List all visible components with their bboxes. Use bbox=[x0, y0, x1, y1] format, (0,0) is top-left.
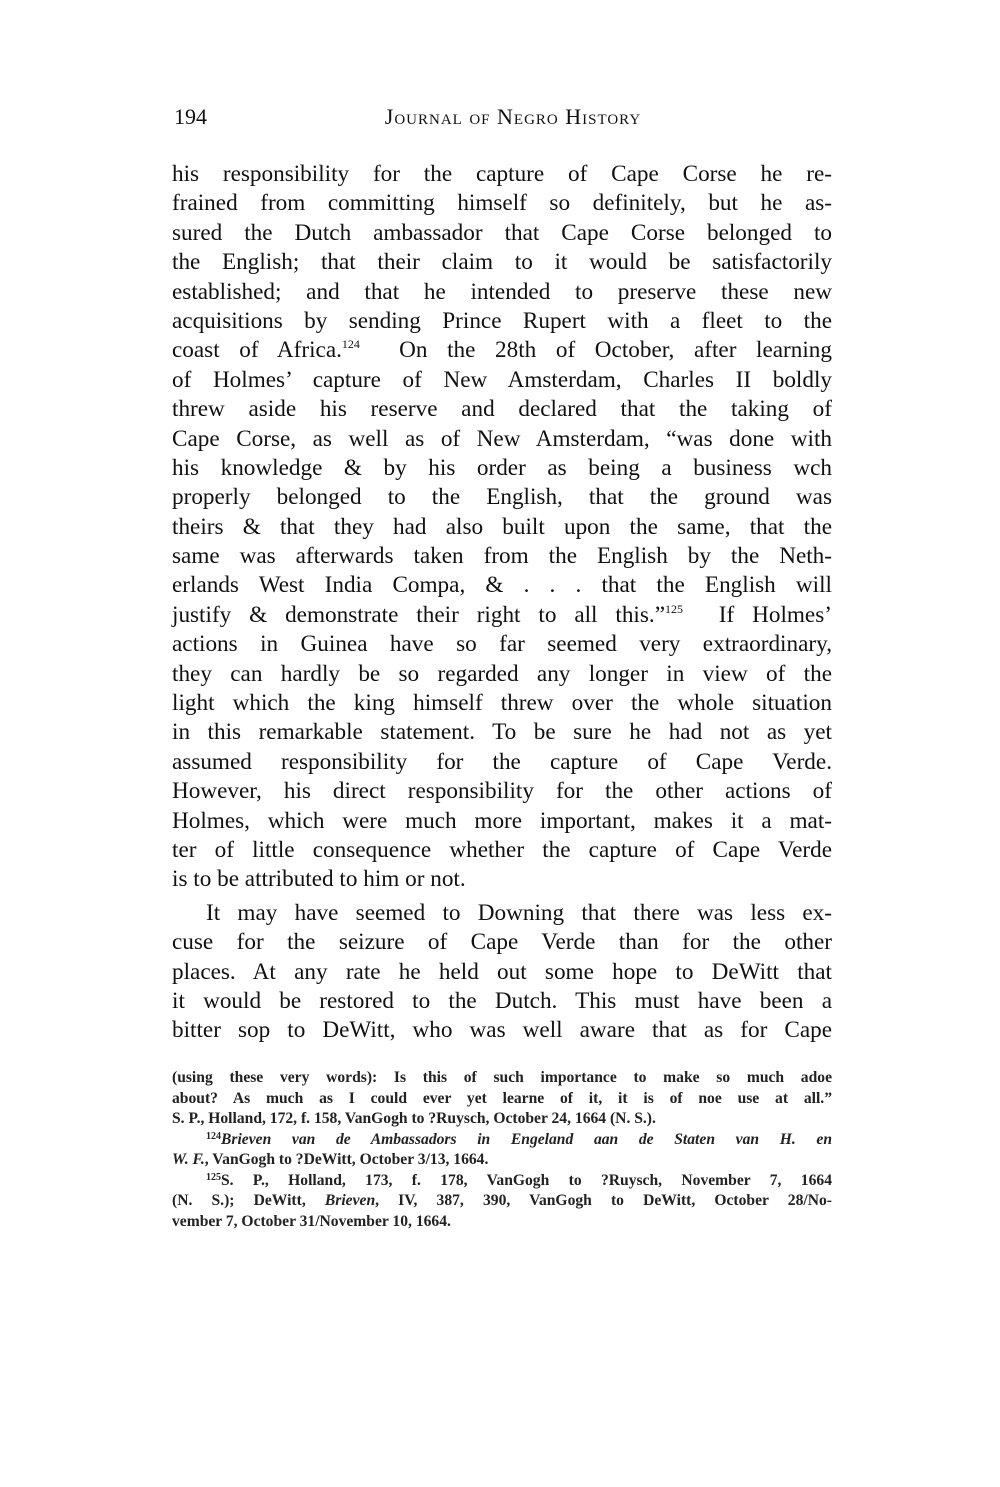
footnote-line: 125S. P., Holland, 173, f. 178, VanGogh … bbox=[172, 1171, 832, 1192]
footnote-number: 124 bbox=[206, 1131, 221, 1142]
footnote-line: 124Brieven van de Ambassadors in Engelan… bbox=[172, 1130, 832, 1151]
text-line: frained from committing himself so defin… bbox=[172, 189, 832, 218]
text-line: justify & demonstrate their right to all… bbox=[172, 601, 832, 630]
paragraph-2: It may have seemed to Downing that there… bbox=[172, 899, 832, 1046]
paragraph-1: his responsibility for the capture of Ca… bbox=[172, 160, 832, 895]
text-line: of Holmes’ capture of New Amsterdam, Cha… bbox=[172, 366, 832, 395]
footnote-125: 125S. P., Holland, 173, f. 178, VanGogh … bbox=[172, 1171, 832, 1233]
text-line: threw aside his reserve and declared tha… bbox=[172, 395, 832, 424]
text-line: coast of Africa.124 On the 28th of Octob… bbox=[172, 336, 832, 365]
footnote-text: , IV, 387, 390, VanGogh to DeWitt, Octob… bbox=[375, 1192, 832, 1209]
text-line: However, his direct responsibility for t… bbox=[172, 777, 832, 806]
source-title: Brieven van de Ambassadors in Engeland a… bbox=[221, 1131, 832, 1148]
footnote-line: about? As much as I could ever yet learn… bbox=[172, 1089, 832, 1110]
footnote-continued: (using these very words): Is this of suc… bbox=[172, 1068, 832, 1130]
text-line: they can hardly be so regarded any longe… bbox=[172, 660, 832, 689]
footnote-line: W. F., VanGogh to ?DeWitt, October 3/13,… bbox=[172, 1150, 832, 1171]
text-line: is to be attributed to him or not. bbox=[172, 865, 832, 894]
footnote-line: vember 7, October 31/November 10, 1664. bbox=[172, 1212, 832, 1233]
text-line: places. At any rate he held out some hop… bbox=[172, 958, 832, 987]
footnote-text: , VanGogh to ?DeWitt, October 3/13, 1664… bbox=[205, 1151, 489, 1168]
line-text: On the 28th of October, after learning bbox=[360, 337, 832, 363]
footnote-ref-125[interactable]: 125 bbox=[665, 602, 683, 616]
footnote-124: 124Brieven van de Ambassadors in Engelan… bbox=[172, 1130, 832, 1171]
source-title: W. F. bbox=[172, 1151, 205, 1168]
footnote-line: S. P., Holland, 172, f. 158, VanGogh to … bbox=[172, 1109, 832, 1130]
body-text: his responsibility for the capture of Ca… bbox=[172, 160, 832, 1046]
page-header: 194 Journal of Negro History bbox=[174, 104, 832, 134]
line-text: If Holmes’ bbox=[683, 602, 832, 628]
text-line: established; and that he intended to pre… bbox=[172, 278, 832, 307]
line-text: coast of Africa. bbox=[172, 337, 342, 363]
text-line: actions in Guinea have so far seemed ver… bbox=[172, 630, 832, 659]
text-line: his knowledge & by his order as being a … bbox=[172, 454, 832, 483]
footnote-number: 125 bbox=[206, 1172, 221, 1183]
text-line: same was afterwards taken from the Engli… bbox=[172, 542, 832, 571]
footnote-ref-124[interactable]: 124 bbox=[342, 337, 360, 351]
text-line: acquisitions by sending Prince Rupert wi… bbox=[172, 307, 832, 336]
text-line: theirs & that they had also built upon t… bbox=[172, 513, 832, 542]
text-line: ter of little consequence whether the ca… bbox=[172, 836, 832, 865]
running-title: Journal of Negro History bbox=[174, 104, 832, 130]
text-line: his responsibility for the capture of Ca… bbox=[172, 160, 832, 189]
text-line: erlands West India Compa, & . . . that t… bbox=[172, 571, 832, 600]
text-line: the English; that their claim to it woul… bbox=[172, 248, 832, 277]
text-line: cuse for the seizure of Cape Verde than … bbox=[172, 928, 832, 957]
text-line: assumed responsibility for the capture o… bbox=[172, 748, 832, 777]
source-title: Brieven bbox=[325, 1192, 375, 1209]
footnote-line: (N. S.); DeWitt, Brieven, IV, 387, 390, … bbox=[172, 1191, 832, 1212]
footnote-text: S. P., Holland, 173, f. 178, VanGogh to … bbox=[221, 1172, 832, 1189]
footnote-text: (N. S.); DeWitt, bbox=[172, 1192, 325, 1209]
text-line: properly belonged to the English, that t… bbox=[172, 483, 832, 512]
line-text: justify & demonstrate their right to all… bbox=[172, 602, 665, 628]
text-line: sured the Dutch ambassador that Cape Cor… bbox=[172, 219, 832, 248]
text-line: it would be restored to the Dutch. This … bbox=[172, 987, 832, 1016]
text-line: in this remarkable statement. To be sure… bbox=[172, 718, 832, 747]
footnote-line: (using these very words): Is this of suc… bbox=[172, 1068, 832, 1089]
text-line: Holmes, which were much more important, … bbox=[172, 807, 832, 836]
footnotes: (using these very words): Is this of suc… bbox=[172, 1068, 832, 1232]
text-line: Cape Corse, as well as of New Amsterdam,… bbox=[172, 425, 832, 454]
text-line: It may have seemed to Downing that there… bbox=[172, 899, 832, 928]
text-line: bitter sop to DeWitt, who was well aware… bbox=[172, 1016, 832, 1045]
text-line: light which the king himself threw over … bbox=[172, 689, 832, 718]
